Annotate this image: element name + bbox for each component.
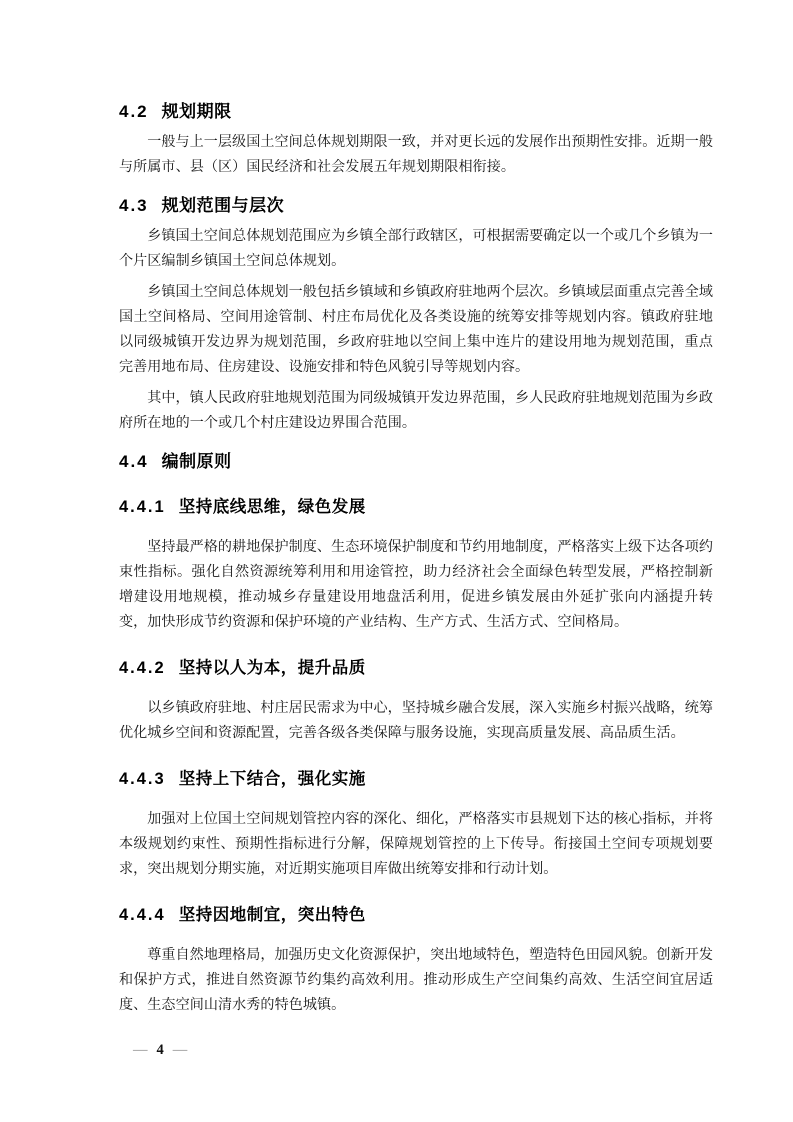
- heading-number: 4.4.2: [119, 659, 166, 677]
- paragraph: 一般与上一层级国土空间总体规划期限一致，并对更长远的发展作出预期性安排。近期一般…: [119, 130, 713, 180]
- document-body: 4.2规划期限一般与上一层级国土空间总体规划期限一致，并对更长远的发展作出预期性…: [119, 0, 713, 1024]
- heading-title: 坚持以人为本，提升品质: [179, 659, 366, 677]
- paragraph: 坚持最严格的耕地保护制度、生态环境保护制度和节约用地制度，严格落实上级下达各项约…: [119, 535, 713, 635]
- page-number-value: 4: [157, 1042, 164, 1058]
- page-number-dash-left: —: [133, 1042, 148, 1058]
- paragraph: 乡镇国土空间总体规划范围应为乡镇全部行政辖区，可根据需要确定以一个或几个乡镇为一…: [119, 224, 713, 274]
- section-heading-4-2: 4.2规划期限: [119, 100, 713, 124]
- heading-title: 规划期限: [162, 102, 232, 121]
- paragraph: 尊重自然地理格局，加强历史文化资源保护，突出地域特色，塑造特色田园风貌。创新开发…: [119, 943, 713, 1018]
- page-number: —4—: [133, 1041, 187, 1059]
- heading-title: 规划范围与层次: [162, 196, 285, 215]
- section-heading-4-4-2: 4.4.2坚持以人为本，提升品质: [119, 656, 713, 680]
- document-page: 4.2规划期限一般与上一层级国土空间总体规划期限一致，并对更长远的发展作出预期性…: [0, 0, 793, 1122]
- paragraph: 以乡镇政府驻地、村庄居民需求为中心，坚持城乡融合发展，深入实施乡村振兴战略，统筹…: [119, 696, 713, 746]
- paragraph: 加强对上位国土空间规划管控内容的深化、细化，严格落实市县规划下达的核心指标，并将…: [119, 807, 713, 882]
- section-heading-4-4-1: 4.4.1坚持底线思维，绿色发展: [119, 495, 713, 519]
- paragraph: 乡镇国土空间总体规划一般包括乡镇域和乡镇政府驻地两个层次。乡镇域层面重点完善全域…: [119, 280, 713, 380]
- section-heading-4-4-3: 4.4.3坚持上下结合，强化实施: [119, 767, 713, 791]
- paragraph: 其中，镇人民政府驻地规划范围为同级城镇开发边界范围，乡人民政府驻地规划范围为乡政…: [119, 386, 713, 436]
- heading-number: 4.4.1: [119, 498, 166, 516]
- page-number-dash-right: —: [173, 1042, 188, 1058]
- heading-title: 坚持因地制宜，突出特色: [179, 906, 366, 924]
- section-heading-4-3: 4.3规划范围与层次: [119, 194, 713, 218]
- heading-number: 4.4.4: [119, 906, 166, 924]
- heading-title: 坚持底线思维，绿色发展: [179, 498, 366, 516]
- heading-title: 坚持上下结合，强化实施: [179, 770, 366, 788]
- heading-title: 编制原则: [162, 452, 232, 471]
- section-heading-4-4: 4.4编制原则: [119, 450, 713, 474]
- heading-number: 4.2: [119, 102, 149, 121]
- heading-number: 4.3: [119, 196, 149, 215]
- section-heading-4-4-4: 4.4.4坚持因地制宜，突出特色: [119, 903, 713, 927]
- heading-number: 4.4.3: [119, 770, 166, 788]
- heading-number: 4.4: [119, 452, 149, 471]
